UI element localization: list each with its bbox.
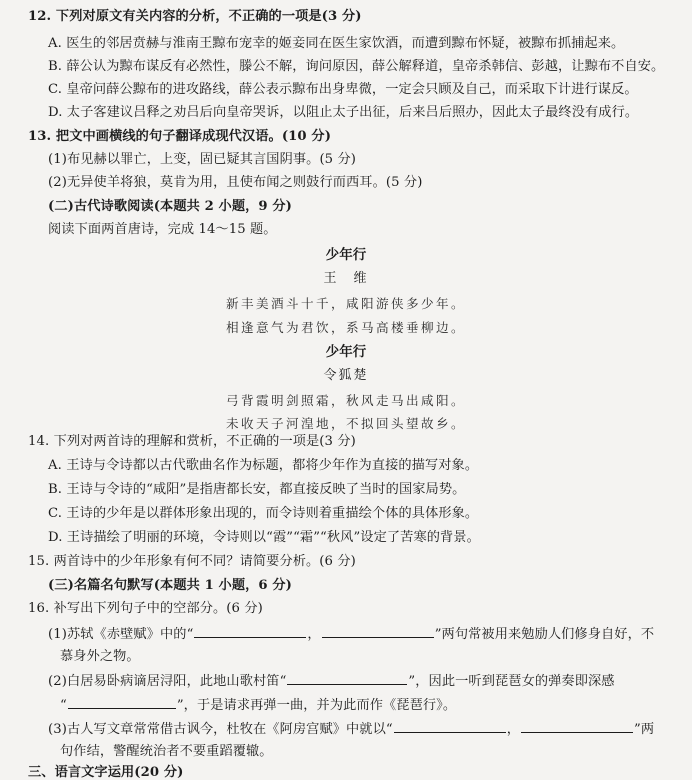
q16-item-3-blank-1[interactable] [394, 720, 506, 733]
section-3-heading: (三)名篇名句默写(本题共 1 小题，6 分) [48, 577, 292, 595]
q16-item-3: (3)古人写文章常常借古讽今，杜牧在《阿房宫赋》中就以“，”两 [48, 720, 654, 739]
q16-item-3-continued: 句作结，警醒统治者不要重蹈覆辙。 [60, 743, 273, 761]
q14-stem: 14. 下列对两首诗的理解和赏析，不正确的一项是(3 分) [28, 433, 356, 451]
q16-item-1-blank-2[interactable] [322, 625, 434, 638]
q14-option-c: C. 王诗的少年是以群体形象出现的，而令诗则着重描绘个体的具体形象。 [48, 505, 478, 523]
q12-option-b: B. 薛公认为黥布谋反有必然性，滕公不解，询问原因，薛公解释道，皇帝杀韩信、彭越… [48, 58, 664, 76]
q16-item-1-separator: ， [307, 627, 320, 642]
section-2-heading: (二)古代诗歌阅读(本题共 2 小题，9 分) [48, 198, 292, 216]
q16-item-3-suffix: ”两 [634, 722, 654, 737]
poem-2-title: 少年行 [0, 343, 692, 361]
q16-item-1-suffix: ”两句常被用来勉励人们修身自好，不 [435, 627, 654, 642]
q16-item-2-middle: ”，因此一听到琵琶女的弹奏即深感 [408, 674, 614, 689]
poem-1-line-2: 相逢意气为君饮，系马高楼垂柳边。 [0, 319, 692, 337]
q16-item-2-blank-1[interactable] [287, 672, 407, 685]
poem-2-author: 令狐楚 [0, 367, 692, 385]
q16-item-1: (1)苏轼《赤壁赋》中的“，”两句常被用来勉励人们修身自好，不 [48, 625, 654, 644]
q12-stem: 12. 下列对原文有关内容的分析，不正确的一项是(3 分) [28, 8, 362, 26]
q14-option-d: D. 王诗描绘了明丽的环境，令诗则以“霞”“霜”“秋风”设定了苦寒的背景。 [48, 529, 480, 547]
poem-1-title: 少年行 [0, 246, 692, 264]
poem-2-line-1: 弓背霞明剑照霜，秋风走马出咸阳。 [0, 392, 692, 410]
q12-option-a: A. 医生的邻居贲赫与淮南王黥布宠幸的姬妾同在医生家饮酒，而遭到黥布怀疑，被黥布… [48, 35, 624, 53]
poem-2-line-2: 未收天子河湟地，不拟回头望故乡。 [0, 415, 692, 433]
q16-item-3-blank-2[interactable] [521, 720, 633, 733]
part-3-heading: 三、语言文字运用(20 分) [28, 764, 184, 780]
q13-item-1: (1)布见赫以罪亡，上变，固已疑其言国阴事。(5 分) [48, 151, 356, 169]
q16-item-3-separator: ， [507, 722, 520, 737]
q13-item-2: (2)无异使羊将狼，莫肯为用，且使布闻之则鼓行而西耳。(5 分) [48, 174, 422, 192]
q16-item-2-blank-2[interactable] [68, 696, 176, 709]
q16-item-3-prefix: (3)古人写文章常常借古讽今，杜牧在《阿房宫赋》中就以“ [48, 722, 393, 737]
poem-1-line-1: 新丰美酒斗十千，咸阳游侠多少年。 [0, 295, 692, 313]
q16-item-2-continued: “”，于是请求再弹一曲，并为此而作《琵琶行》。 [60, 696, 456, 715]
poem-1-author: 王 维 [0, 270, 692, 288]
q12-option-c: C. 皇帝问薛公黥布的进攻路线，薛公表示黥布出身卑微，一定会只顾及自己，而采取下… [48, 81, 638, 99]
q12-option-d: D. 太子客建议吕释之劝吕后向皇帝哭诉，以阻止太子出征，后来吕后照办，因此太子最… [48, 104, 638, 122]
section-2-intro: 阅读下面两首唐诗，完成 14～15 题。 [48, 221, 277, 239]
q16-stem: 16. 补写出下列句子中的空部分。(6 分) [28, 600, 263, 618]
q14-option-a: A. 王诗与令诗都以古代歌曲名作为标题，都将少年作为直接的描写对象。 [48, 457, 478, 475]
q13-stem: 13. 把文中画横线的句子翻译成现代汉语。(10 分) [28, 128, 331, 146]
q16-item-2-prefix: (2)白居易卧病谪居浔阳，此地山歌村笛“ [48, 674, 286, 689]
q16-item-1-continued: 慕身外之物。 [60, 648, 140, 666]
q16-item-1-blank-1[interactable] [194, 625, 306, 638]
q16-item-1-prefix: (1)苏轼《赤壁赋》中的“ [48, 627, 193, 642]
q16-item-2-suffix: ”，于是请求再弹一曲，并为此而作《琵琶行》。 [177, 698, 456, 713]
q14-option-b: B. 王诗与令诗的“咸阳”是指唐都长安，都直接反映了当时的国家局势。 [48, 481, 465, 499]
q15-stem: 15. 两首诗中的少年形象有何不同？请简要分析。(6 分) [28, 553, 356, 571]
q16-item-2: (2)白居易卧病谪居浔阳，此地山歌村笛“”，因此一听到琵琶女的弹奏即深感 [48, 672, 615, 691]
exam-page: 12. 下列对原文有关内容的分析，不正确的一项是(3 分) A. 医生的邻居贲赫… [0, 0, 692, 780]
q16-item-2-open-quote: “ [60, 698, 67, 713]
